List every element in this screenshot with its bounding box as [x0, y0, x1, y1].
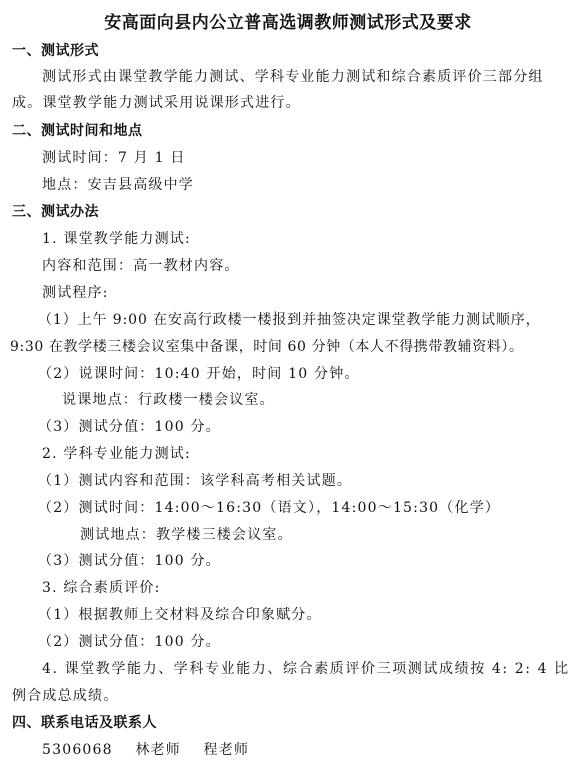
- subsection-2: 2. 学科专业能力测试:: [42, 444, 191, 464]
- paragraph-line: （3）测试分值：100 分。: [38, 551, 221, 571]
- paragraph-line: （2）测试分值：100 分。: [38, 632, 221, 652]
- paragraph-line: （2）测试时间：14:00～16:30（语文），14:00～15:30（化学）: [38, 498, 500, 518]
- paragraph-line: （2）说课时间：10:40 开始，时间 10 分钟。: [38, 364, 360, 384]
- document-title: 安高面向县内公立普高选调教师测试形式及要求: [0, 11, 576, 35]
- paragraph-line: 成。课堂教学能力测试采用说课形式进行。: [12, 93, 301, 113]
- subsection-3: 3. 综合素质评价:: [42, 578, 161, 598]
- contact-info: 5306068 林老师 程老师: [42, 740, 249, 760]
- paragraph-line: 例合成总成绩。: [12, 686, 118, 706]
- paragraph-line: 测试地点：教学楼三楼会议室。: [80, 525, 293, 545]
- section-heading-2: 二、测试时间和地点: [12, 121, 143, 141]
- paragraph-line: 测试形式由课堂教学能力测试、学科专业能力测试和综合素质评价三部分组: [42, 67, 544, 87]
- paragraph-line: （1）测试内容和范围：该学科高考相关试题。: [38, 471, 352, 491]
- paragraph-line: 4. 课堂教学能力、学科专业能力、综合素质评价三项测试成绩按 4: 2: 4 比: [42, 659, 570, 679]
- subsection-1: 1. 课堂教学能力测试:: [42, 229, 191, 249]
- test-location: 地点：安吉县高级中学: [42, 175, 194, 195]
- paragraph-line: 9:30 在教学楼三楼会议室集中备课，时间 60 分钟（本人不得携带教辅资料）。: [10, 337, 524, 357]
- section-heading-4: 四、联系电话及联系人: [12, 713, 157, 733]
- paragraph-line: （1）上午 9:00 在安高行政楼一楼报到并抽签决定课堂教学能力测试顺序，: [38, 310, 541, 330]
- paragraph-line: 内容和范围：高一教材内容。: [42, 256, 240, 276]
- paragraph-line: （3）测试分值：100 分。: [38, 417, 221, 437]
- test-time: 测试时间：7 月 1 日: [42, 148, 186, 168]
- section-heading-1: 一、测试形式: [12, 41, 99, 61]
- paragraph-line: （1）根据教师上交材料及综合印象赋分。: [38, 605, 322, 625]
- paragraph-line: 说课地点：行政楼一楼会议室。: [62, 390, 275, 410]
- section-heading-3: 三、测试办法: [12, 202, 99, 222]
- paragraph-line: 测试程序:: [42, 283, 109, 303]
